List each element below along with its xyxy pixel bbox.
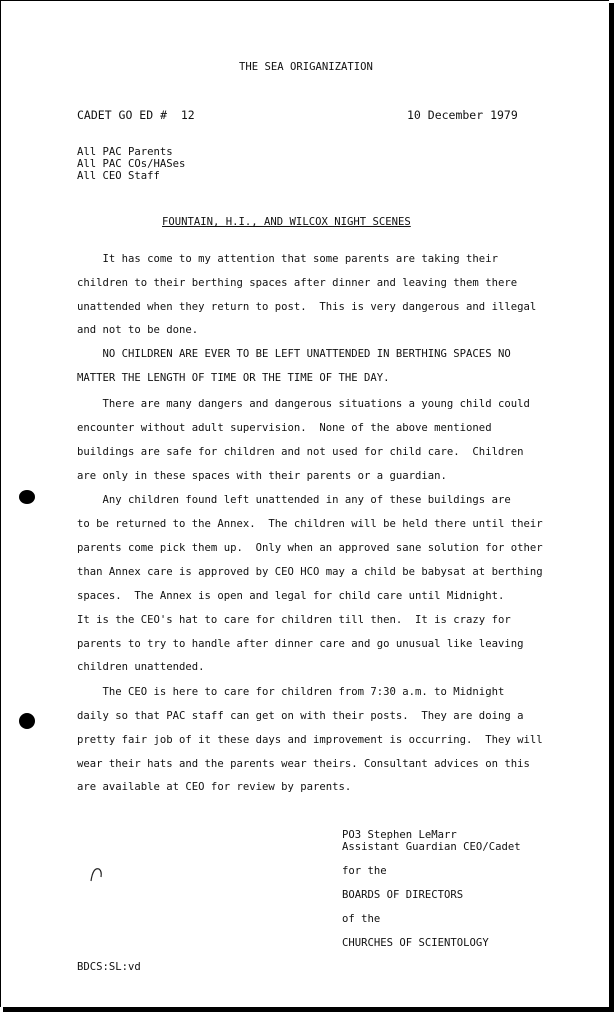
org-header: THE SEA ORIGANIZATION [239,61,373,73]
body-line: to be returned to the Annex. The childre… [77,518,543,530]
body-line: It has come to my attention that some pa… [77,253,498,265]
document-title: FOUNTAIN, H.I., AND WILCOX NIGHT SCENES [162,216,411,228]
body-line: are only in these spaces with their pare… [77,470,447,482]
signature-boards: BOARDS OF DIRECTORS [342,889,463,901]
signatory-name: PO3 Stephen LeMarr [342,829,457,841]
body-line: It is the CEO's hat to care for children… [77,614,511,626]
body-line: children unattended. [77,661,205,673]
body-line: daily so that PAC staff can get on with … [77,710,523,722]
body-line: are available at CEO for review by paren… [77,781,351,793]
body-line: unattended when they return to post. Thi… [77,301,536,313]
body-line: Any children found left unattended in an… [77,494,511,506]
page-shadow-bottom [3,1007,614,1012]
document-page: THE SEA ORIGANIZATION CADET GO ED # 12 1… [0,0,609,1007]
signature-churches: CHURCHES OF SCIENTOLOGY [342,937,489,949]
punch-hole-lower [19,713,35,729]
page-shadow-right [609,3,614,1012]
body-line: than Annex care is approved by CEO HCO m… [77,566,543,578]
document-reference: CADET GO ED # 12 [77,109,195,121]
body-line: pretty fair job of it these days and imp… [77,734,543,746]
body-line: There are many dangers and dangerous sit… [77,398,530,410]
signature-of-the: of the [342,913,380,925]
handwritten-mark-icon [87,863,107,883]
body-line: children to their berthing spaces after … [77,277,517,289]
typist-initials: BDCS:SL:vd [77,961,141,973]
signature-for-the: for the [342,865,387,877]
recipient-1: All PAC Parents [77,146,173,158]
body-line: MATTER THE LENGTH OF TIME OR THE TIME OF… [77,372,390,384]
body-line: NO CHILDREN ARE EVER TO BE LEFT UNATTEND… [77,348,511,360]
body-line: parents to try to handle after dinner ca… [77,638,523,650]
body-line: parents come pick them up. Only when an … [77,542,543,554]
recipient-2: All PAC COs/HASes [77,158,185,170]
punch-hole-upper [19,490,35,504]
body-line: wear their hats and the parents wear the… [77,758,530,770]
body-line: The CEO is here to care for children fro… [77,686,504,698]
document-date: 10 December 1979 [407,109,518,121]
body-line: spaces. The Annex is open and legal for … [77,590,504,602]
body-line: encounter without adult supervision. Non… [77,422,492,434]
signatory-position: Assistant Guardian CEO/Cadet [342,841,521,853]
recipient-3: All CEO Staff [77,170,160,182]
body-line: buildings are safe for children and not … [77,446,523,458]
body-line: and not to be done. [77,324,198,336]
